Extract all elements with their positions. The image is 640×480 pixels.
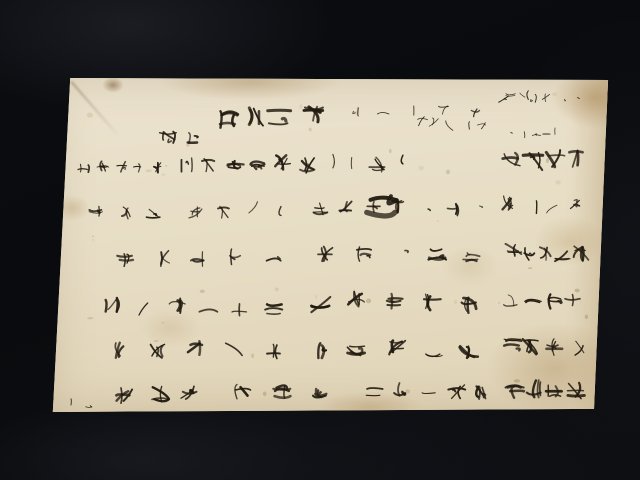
photo-scene: 恐乍書面ヲ以テ申上候 先生殿 栄旭拝 ／ 不幸ノ由 難有之 御座候ニ付 ／ ばう…: [0, 0, 640, 480]
calligraphy-ink-layer: [0, 0, 640, 480]
